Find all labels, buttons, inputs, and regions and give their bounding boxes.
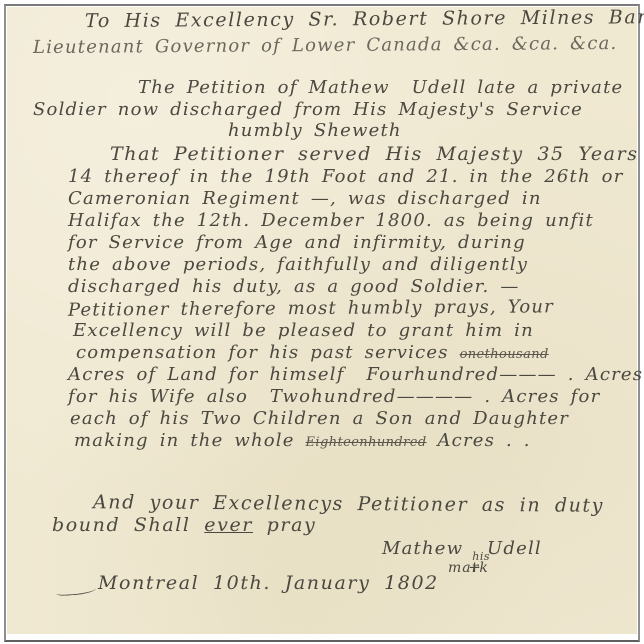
body-line-10-text: compensation for his past services — [76, 342, 460, 363]
signature-mark-word: mark — [448, 560, 489, 576]
body-line-10: compensation for his past services oneth… — [76, 344, 549, 362]
body-line-12: for his Wife also Twohundred———— . Acres… — [68, 388, 600, 406]
struck-amount-eighteenhundred: Eighteenhundred — [306, 435, 427, 450]
petition-heading-line-2: Soldier now discharged from His Majesty'… — [33, 101, 583, 119]
body-line-3: Cameronian Regiment —, was discharged in — [68, 190, 542, 208]
body-line-9: Excellency will be pleased to grant him … — [73, 322, 534, 340]
closing-line-2-post: pray — [253, 514, 316, 536]
closing-line-2: bound Shall ever pray — [52, 516, 316, 535]
body-line-5: for Service from Age and infirmity, duri… — [68, 234, 526, 252]
body-line-11: Acres of Land for himself Fourhundred———… — [68, 366, 643, 384]
closing-ever-underlined: ever — [204, 514, 253, 536]
body-line-14-text-post: Acres . . — [427, 430, 531, 451]
body-line-8: Petitioner therefore most humbly prays, … — [68, 298, 554, 319]
body-line-2: 14 thereof in the 19th Foot and 21. in t… — [68, 168, 624, 186]
dateline-text: Montreal 10th. January 1802 — [98, 572, 439, 594]
closing-line-1: And your Excellencys Petitioner as in du… — [93, 493, 604, 516]
body-line-1: That Petitioner served His Majesty 35 Ye… — [110, 145, 639, 164]
struck-amount-onethousand: onethousand — [460, 347, 549, 362]
body-line-13: each of his Two Children a Son and Daugh… — [70, 410, 569, 428]
closing-line-2-pre: bound Shall — [52, 514, 204, 536]
salutation-line-2: Lieutenant Governor of Lower Canada &ca.… — [33, 35, 618, 57]
body-line-6: the above periods, faithfully and dilige… — [68, 256, 528, 274]
body-line-4: Halifax the 12th. December 1800. as bein… — [68, 212, 594, 230]
scanned-document-page: To His Excellency Sr. Robert Shore Milne… — [0, 0, 644, 644]
body-line-14: making in the whole Eighteenhundred Acre… — [74, 432, 531, 450]
body-line-14-text-pre: making in the whole — [74, 430, 306, 451]
salutation-line-1: To His Excellency Sr. Robert Shore Milne… — [85, 8, 644, 31]
signature-name-last: Udell — [487, 538, 542, 559]
signature-name-first: Mathew — [382, 538, 463, 559]
petition-heading-line-1: The Petition of Mathew Udell late a priv… — [138, 79, 623, 97]
petition-heading-line-3: humbly Sheweth — [228, 122, 402, 140]
dateline: Montreal 10th. January 1802 — [98, 574, 439, 593]
body-line-7: discharged his duty, as a good Soldier. … — [68, 278, 520, 296]
